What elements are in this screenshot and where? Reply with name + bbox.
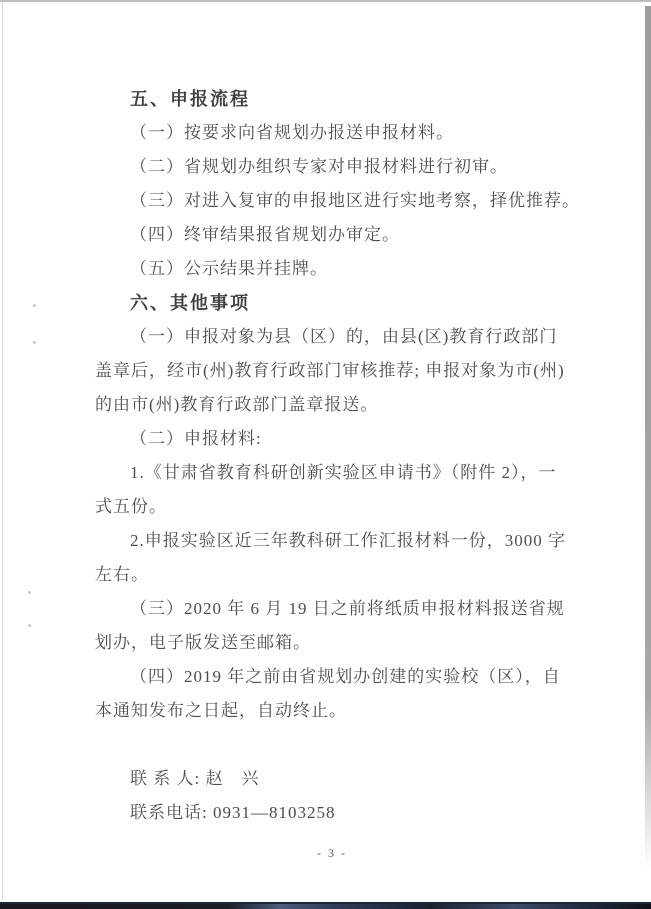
section5-step-4: （四）终审结果报省规划办审定。	[95, 218, 569, 252]
contact-phone: 联系电话: 0931—8103258	[95, 796, 569, 830]
scan-edge-top	[0, 0, 651, 2]
scan-edge-right	[645, 6, 651, 868]
section6-item4-line2: 本通知发布之日起，自动终止。	[95, 694, 569, 728]
document-page: 五、申报流程 （一）按要求向省规划办报送申报材料。 （二）省规划办组织专家对申报…	[0, 0, 651, 909]
section6-item2-sub1-line1: 1.《甘肃省教育科研创新实验区申请书》（附件 2），一	[95, 456, 569, 490]
section6-item2-sub1-line2: 式五份。	[95, 490, 569, 524]
section5-step-2: （二）省规划办组织专家对申报材料进行初审。	[95, 150, 569, 184]
scan-edge-left	[2, 2, 3, 900]
scan-speck	[33, 341, 36, 344]
spacer	[95, 728, 569, 762]
section6-item2-sub2-line1: 2.申报实验区近三年教科研工作汇报材料一份，3000 字	[95, 524, 569, 558]
scan-speck	[28, 624, 31, 627]
section6-item3-line1: （三）2020 年 6 月 19 日之前将纸质申报材料报送省规	[95, 592, 569, 626]
section5-step-5: （五）公示结果并挂牌。	[95, 252, 569, 286]
page-number: - 3 -	[95, 846, 569, 861]
document-body: 五、申报流程 （一）按要求向省规划办报送申报材料。 （二）省规划办组织专家对申报…	[95, 82, 569, 830]
scan-speck	[33, 304, 36, 307]
section5-step-1: （一）按要求向省规划办报送申报材料。	[95, 116, 569, 150]
section5-heading: 五、申报流程	[95, 82, 569, 116]
section6-item2-sub2-line2: 左右。	[95, 558, 569, 592]
scan-speck	[28, 591, 31, 594]
section6-item1-line1: （一）申报对象为县（区）的，由县(区)教育行政部门	[95, 320, 569, 354]
section6-item4-line1: （四）2019 年之前由省规划办创建的实验校（区），自	[95, 660, 569, 694]
section6-item2-intro: （二）申报材料:	[95, 422, 569, 456]
section6-item1-line2: 盖章后，经市(州)教育行政部门审核推荐; 申报对象为市(州)	[95, 354, 569, 388]
section6-item3-line2: 划办，电子版发送至邮箱。	[95, 626, 569, 660]
contact-person: 联 系 人: 赵 兴	[95, 762, 569, 796]
scan-edge-bottom	[0, 902, 651, 909]
section6-heading: 六、其他事项	[95, 286, 569, 320]
section5-step-3: （三）对进入复审的申报地区进行实地考察，择优推荐。	[95, 184, 569, 218]
section6-item1-line3: 的由市(州)教育行政部门盖章报送。	[95, 388, 569, 422]
